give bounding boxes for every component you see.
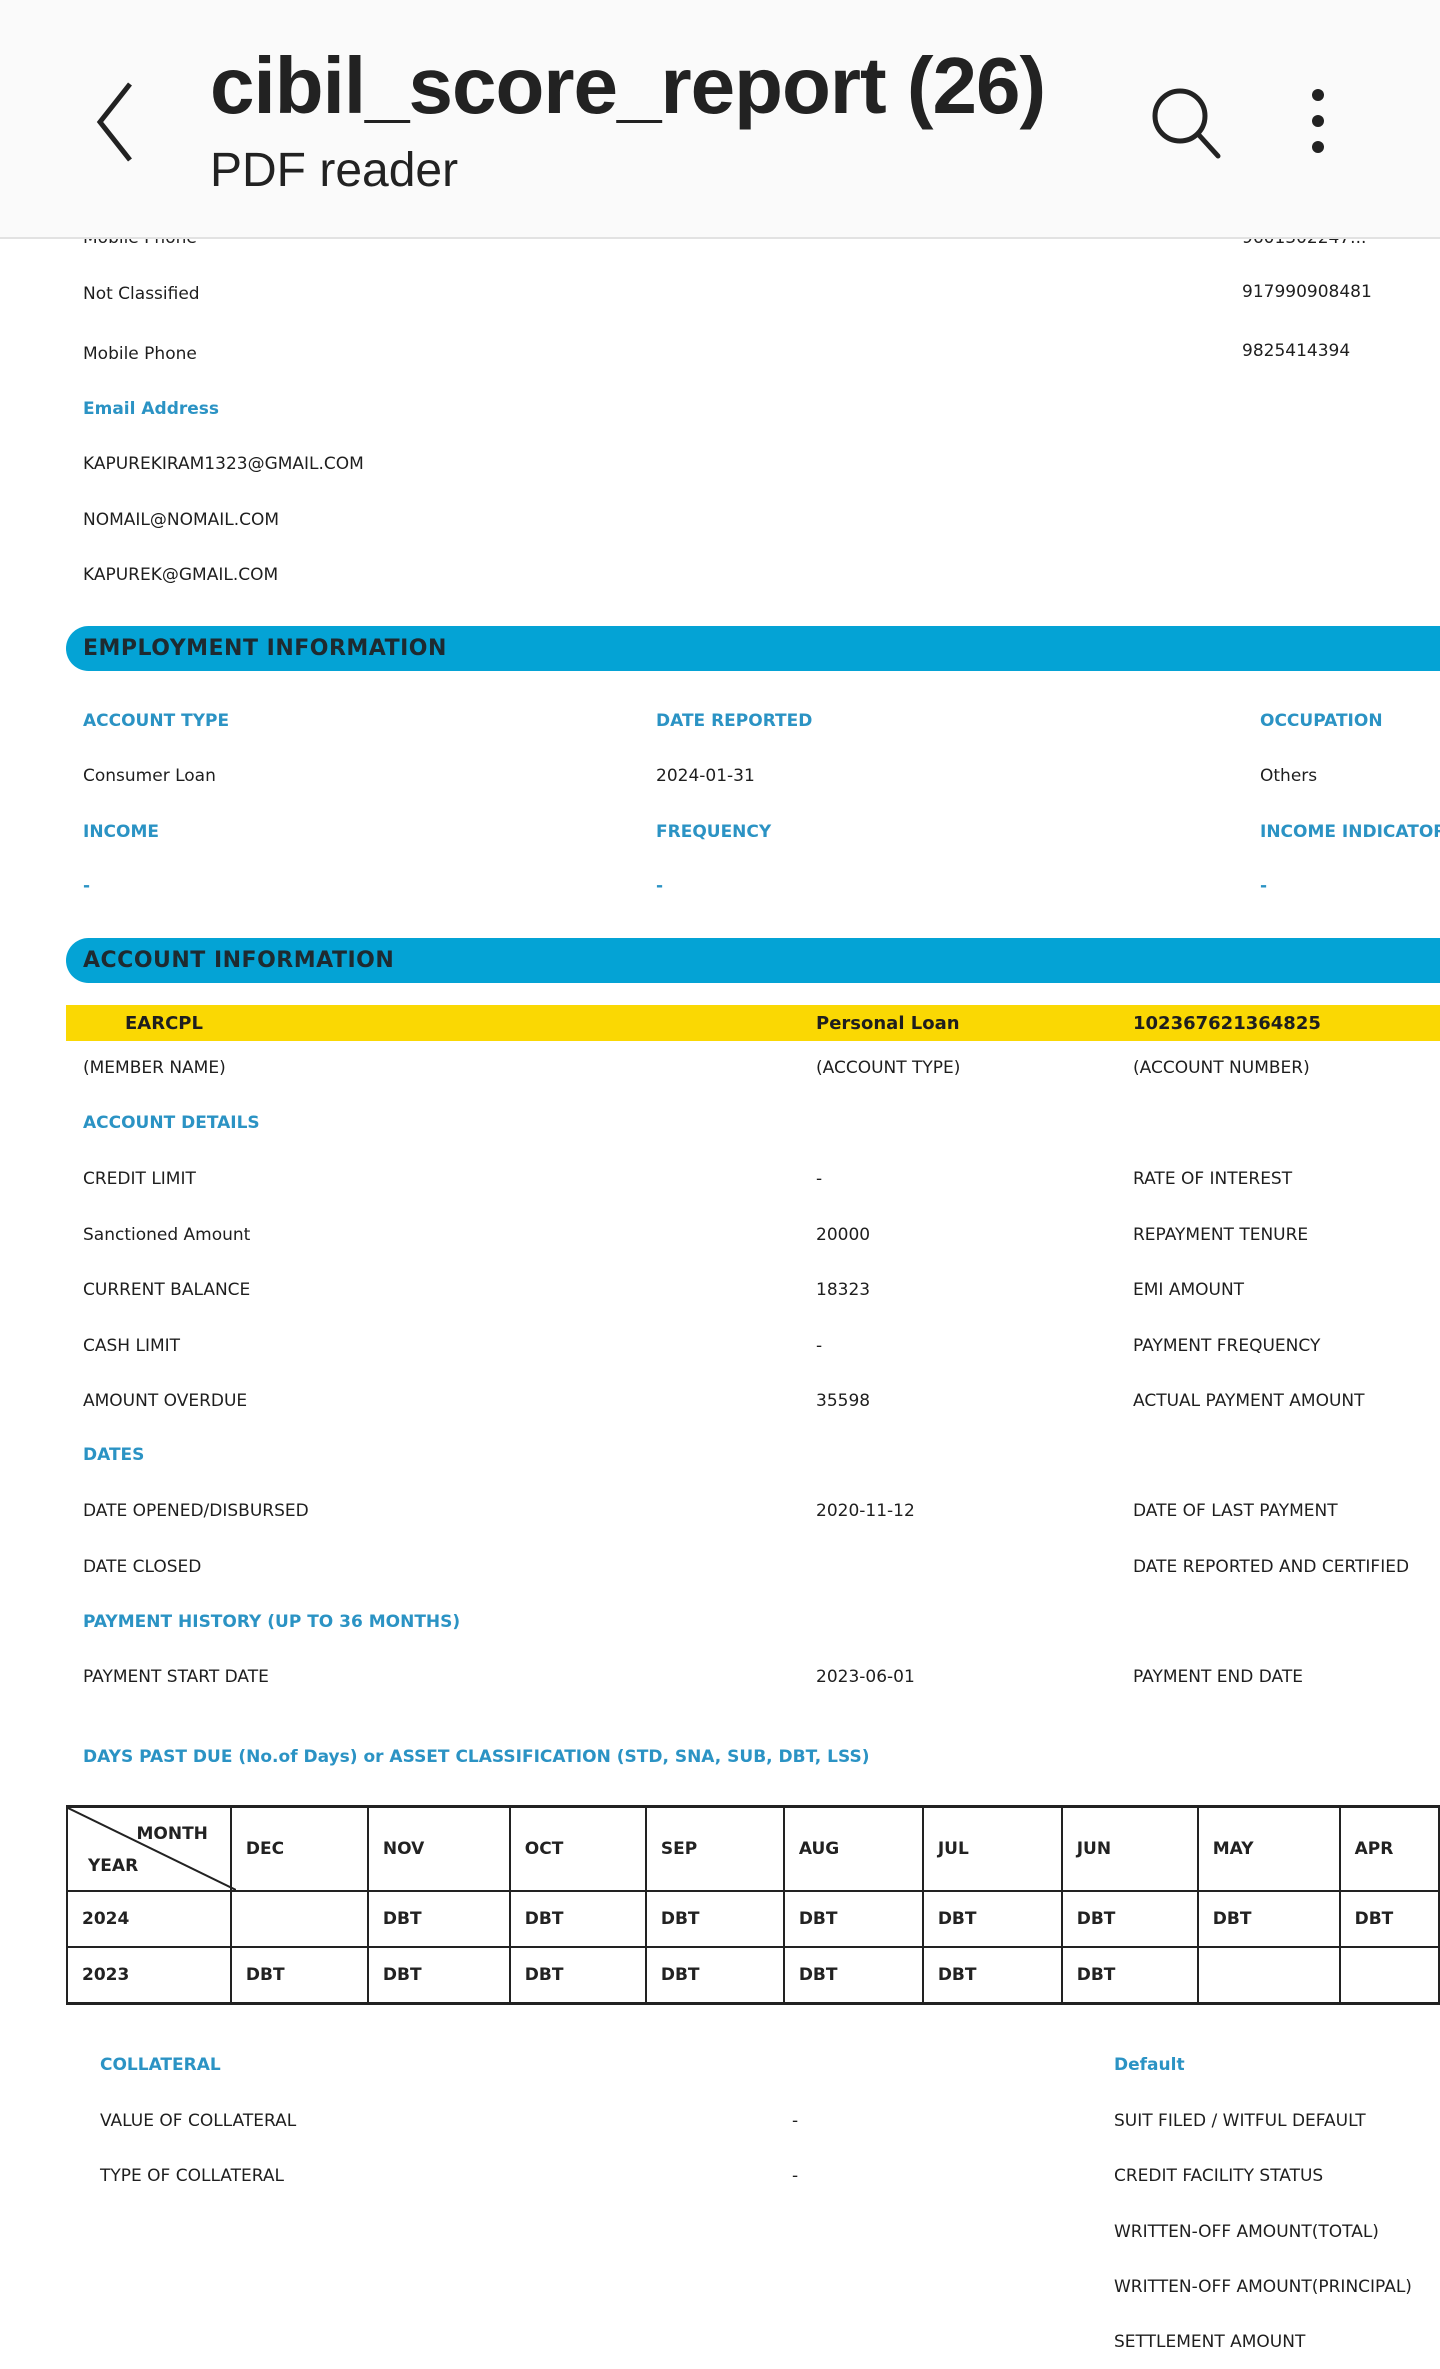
dpd-table: MONTH YEAR DECNOVOCTSEPAUGJULJUNMAYAPR 2… [66, 1805, 1440, 2005]
dpd-cell [1340, 1947, 1439, 2004]
dpd-cell: DBT [368, 1947, 510, 2004]
detail-label: DATE REPORTED AND CERTIFIED [1133, 1557, 1409, 1577]
month-header: APR [1340, 1807, 1439, 1892]
detail-label: RATE OF INTEREST [1133, 1169, 1292, 1189]
field-label: INCOME [83, 822, 159, 842]
subsection-heading: COLLATERAL [100, 2055, 221, 2075]
dpd-cell: DBT [923, 1947, 1062, 2004]
month-header: JUN [1062, 1807, 1198, 1892]
detail-value: - [792, 2111, 798, 2131]
default-item: CREDIT FACILITY STATUS [1114, 2166, 1323, 2186]
month-axis-label: MONTH [136, 1824, 207, 1844]
detail-label: AMOUNT OVERDUE [83, 1391, 247, 1411]
detail-value: - [816, 1169, 822, 1189]
account-summary-bar: EARCPL Personal Loan 102367621364825 [66, 1005, 1440, 1041]
dpd-cell: DBT [510, 1947, 646, 2004]
field-value: - [1260, 876, 1267, 896]
email-item: KAPUREK@GMAIL.COM [83, 565, 278, 585]
detail-value: - [816, 1336, 822, 1356]
document-title: cibil_score_report (26) [210, 40, 1045, 132]
detail-label: Sanctioned Amount [83, 1225, 250, 1245]
detail-label: DATE CLOSED [83, 1557, 201, 1577]
detail-label: ACTUAL PAYMENT AMOUNT [1133, 1391, 1365, 1411]
subsection-heading: PAYMENT HISTORY (UP TO 36 MONTHS) [83, 1612, 460, 1632]
email-item: NOMAIL@NOMAIL.COM [83, 510, 279, 530]
month-header: AUG [784, 1807, 923, 1892]
contact-value: 917990908481 [1242, 282, 1372, 302]
contact-label: Mobile Phone [83, 344, 197, 364]
dpd-cell: DBT [231, 1947, 368, 2004]
month-header: SEP [646, 1807, 784, 1892]
subsection-heading: DAYS PAST DUE (No.of Days) or ASSET CLAS… [83, 1747, 869, 1767]
subsection-heading: ACCOUNT DETAILS [83, 1113, 260, 1133]
detail-value: 2023-06-01 [816, 1667, 915, 1687]
field-value: - [83, 876, 90, 896]
default-item: SUIT FILED / WITFUL DEFAULT [1114, 2111, 1366, 2131]
dpd-cell: DBT [1198, 1891, 1340, 1947]
dpd-cell: DBT [1340, 1891, 1439, 1947]
detail-label: CURRENT BALANCE [83, 1280, 250, 1300]
dpd-cell: DBT [646, 1891, 784, 1947]
caption: (ACCOUNT TYPE) [816, 1058, 960, 1078]
account-number: 102367621364825 [1133, 1013, 1321, 1034]
detail-label: PAYMENT END DATE [1133, 1667, 1303, 1687]
field-label: ACCOUNT TYPE [83, 711, 229, 731]
month-header: DEC [231, 1807, 368, 1892]
detail-value: 2020-11-12 [816, 1501, 915, 1521]
detail-label: DATE OF LAST PAYMENT [1133, 1501, 1338, 1521]
field-value: Consumer Loan [83, 766, 216, 786]
field-value: - [656, 876, 663, 896]
caption: (MEMBER NAME) [83, 1058, 226, 1078]
dpd-cell: DBT [510, 1891, 646, 1947]
section-title: ACCOUNT INFORMATION [83, 948, 394, 973]
email-item: KAPUREKIRAM1323@GMAIL.COM [83, 454, 364, 474]
dpd-cell: DBT [1062, 1947, 1198, 2004]
detail-label: VALUE OF COLLATERAL [100, 2111, 296, 2131]
field-label: INCOME INDICATOR [1260, 822, 1440, 842]
field-label: FREQUENCY [656, 822, 771, 842]
detail-label: DATE OPENED/DISBURSED [83, 1501, 309, 1521]
detail-value: 20000 [816, 1225, 870, 1245]
member-name: EARCPL [125, 1013, 203, 1034]
dpd-cell: DBT [923, 1891, 1062, 1947]
dpd-cell [1198, 1947, 1340, 2004]
dpd-cell: DBT [646, 1947, 784, 2004]
detail-label: PAYMENT FREQUENCY [1133, 1336, 1320, 1356]
field-label: DATE REPORTED [656, 711, 812, 731]
month-header: OCT [510, 1807, 646, 1892]
detail-value: 18323 [816, 1280, 870, 1300]
table-corner-cell: MONTH YEAR [67, 1807, 231, 1892]
contact-label: Not Classified [83, 284, 200, 304]
default-item: WRITTEN-OFF AMOUNT(PRINCIPAL) [1114, 2277, 1412, 2297]
search-icon[interactable] [1148, 84, 1224, 160]
detail-value: - [792, 2166, 798, 2186]
detail-value: 35598 [816, 1391, 870, 1411]
detail-label: REPAYMENT TENURE [1133, 1225, 1308, 1245]
subsection-heading: DATES [83, 1445, 144, 1465]
detail-label: CASH LIMIT [83, 1336, 180, 1356]
subsection-heading: Default [1114, 2055, 1185, 2075]
default-item: SETTLEMENT AMOUNT [1114, 2332, 1305, 2352]
account-section-banner: ACCOUNT INFORMATION [66, 938, 1440, 983]
detail-label: PAYMENT START DATE [83, 1667, 269, 1687]
email-heading: Email Address [83, 399, 219, 419]
table-row: 2024DBTDBTDBTDBTDBTDBTDBTDBT [67, 1891, 1439, 1947]
year-cell: 2023 [67, 1947, 231, 2004]
detail-label: CREDIT LIMIT [83, 1169, 196, 1189]
table-row: 2023DBTDBTDBTDBTDBTDBTDBT [67, 1947, 1439, 2004]
month-header: JUL [923, 1807, 1062, 1892]
field-value: 2024-01-31 [656, 766, 755, 786]
dpd-cell [231, 1891, 368, 1947]
app-header: cibil_score_report (26) PDF reader [0, 0, 1440, 239]
default-item: WRITTEN-OFF AMOUNT(TOTAL) [1114, 2222, 1379, 2242]
detail-label: TYPE OF COLLATERAL [100, 2166, 284, 2186]
caption: (ACCOUNT NUMBER) [1133, 1058, 1310, 1078]
dpd-cell: DBT [784, 1947, 923, 2004]
year-axis-label: YEAR [88, 1856, 138, 1876]
account-type: Personal Loan [816, 1013, 960, 1034]
chevron-left-icon[interactable] [92, 80, 142, 164]
field-label: OCCUPATION [1260, 711, 1383, 731]
section-title: EMPLOYMENT INFORMATION [83, 636, 447, 661]
employment-section-banner: EMPLOYMENT INFORMATION [66, 626, 1440, 671]
dpd-cell: DBT [368, 1891, 510, 1947]
dpd-cell: DBT [784, 1891, 923, 1947]
dpd-cell: DBT [1062, 1891, 1198, 1947]
app-subtitle: PDF reader [210, 143, 458, 198]
detail-label: EMI AMOUNT [1133, 1280, 1244, 1300]
field-value: Others [1260, 766, 1317, 786]
month-header: MAY [1198, 1807, 1340, 1892]
contact-value: 9825414394 [1242, 341, 1350, 361]
month-header: NOV [368, 1807, 510, 1892]
more-vertical-icon[interactable] [1300, 86, 1336, 156]
year-cell: 2024 [67, 1891, 231, 1947]
